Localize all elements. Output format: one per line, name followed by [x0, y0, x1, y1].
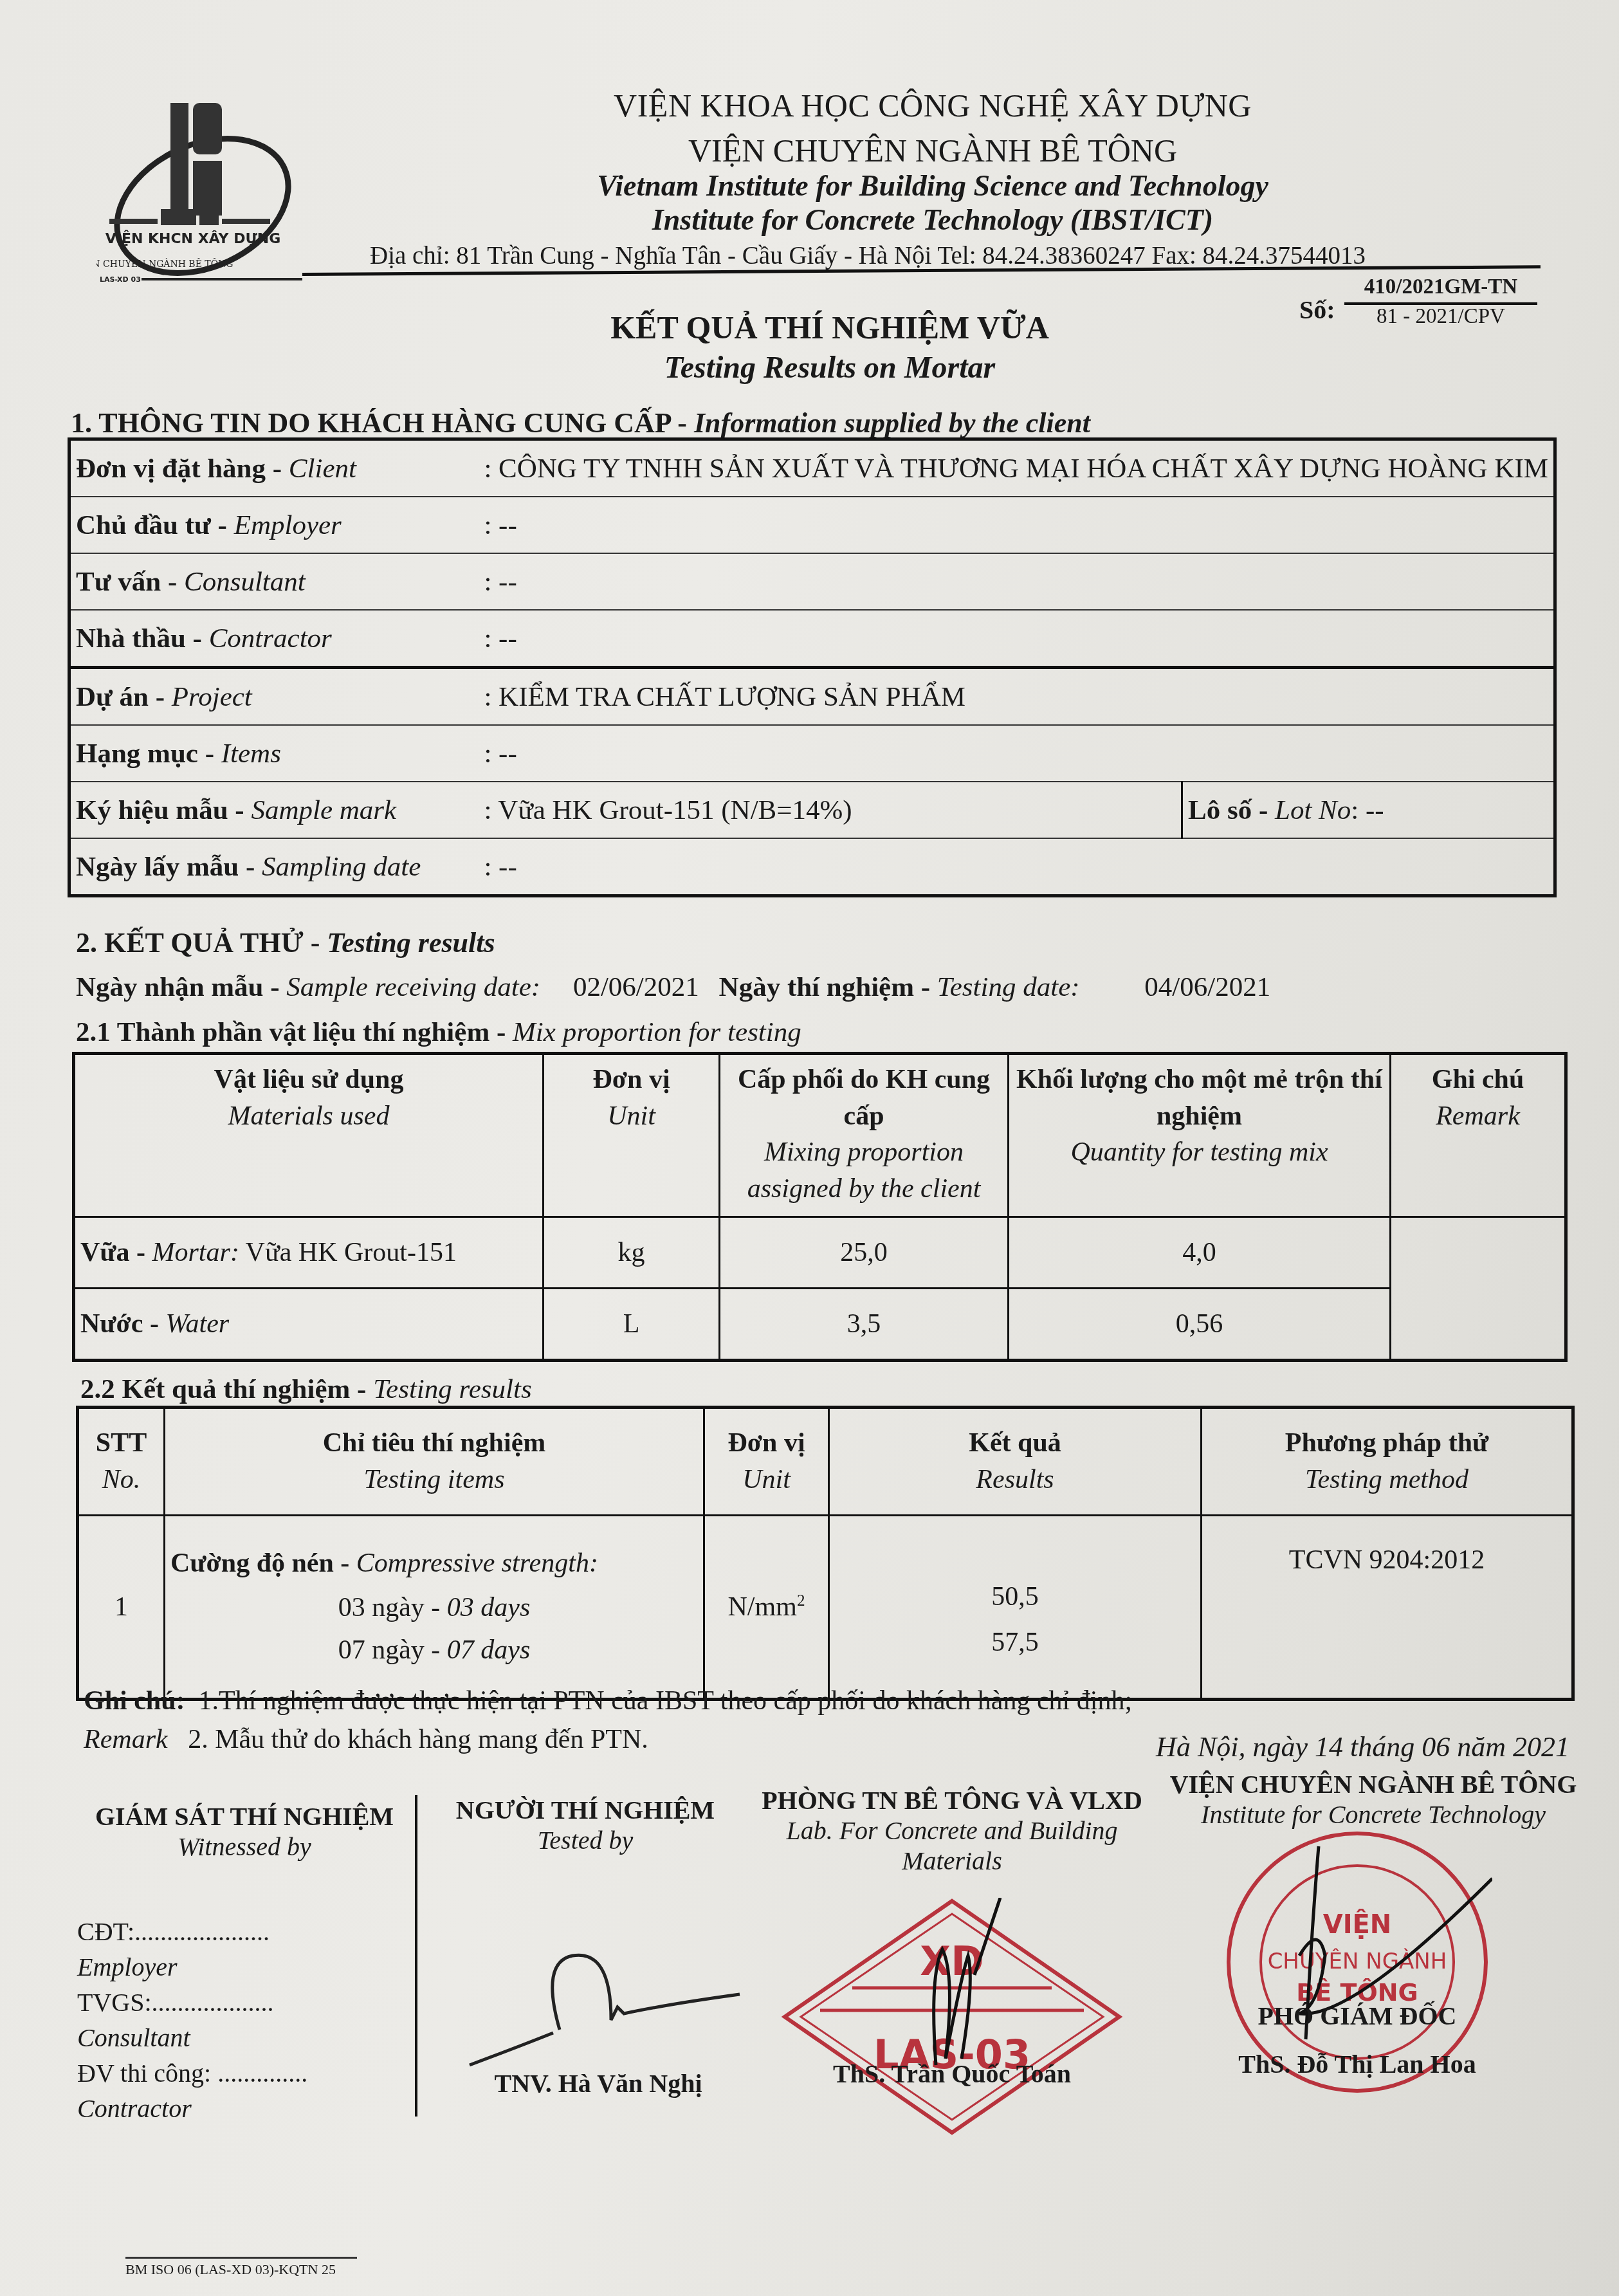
- client-row: Đơn vị đặt hàng - Client : CÔNG TY TNHH …: [69, 439, 1555, 497]
- col-results: Kết quảResults: [829, 1408, 1202, 1516]
- org-name-vi-1: VIỆN KHOA HỌC CÔNG NGHỆ XÂY DỰNG: [482, 87, 1383, 124]
- section2-heading: 2. KẾT QUẢ THỬ - Testing results: [76, 926, 495, 959]
- sampling-date-row: Ngày lấy mẫu - Sampling date : --: [69, 838, 1555, 896]
- test-method: TCVN 9204:2012: [1202, 1516, 1573, 1700]
- project-value: : KIỂM TRA CHẤT LƯỢNG SẢN PHẨM: [479, 668, 1555, 726]
- testing-results-table: STTNo. Chỉ tiêu thí nghiệmTesting items …: [76, 1406, 1575, 1701]
- place-date: Hà Nội, ngày 14 tháng 06 năm 2021: [1061, 1731, 1569, 1763]
- client-info-table: Đơn vị đặt hàng - Client : CÔNG TY TNHH …: [68, 437, 1557, 897]
- form-code: BM ISO 06 (LAS-XD 03)-KQTN 25: [125, 2261, 336, 2278]
- col-quantity: Khối lượng cho một mẻ trộn thí nghiệmQua…: [1009, 1054, 1391, 1217]
- footer-rule: [125, 2257, 357, 2259]
- items-value: : --: [479, 725, 1555, 782]
- svg-text:CHUYÊN NGÀNH: CHUYÊN NGÀNH: [1268, 1948, 1447, 1974]
- notes: Ghi chú: 1.Thí nghiệm được thực hiện tại…: [84, 1685, 1132, 1716]
- svg-text:VIỆN CHUYÊN NGÀNH BÊ TÔNG: VIỆN CHUYÊN NGÀNH BÊ TÔNG: [96, 258, 233, 270]
- lab-stamp-icon: XD LAS-03: [782, 1898, 1122, 2139]
- lab-block: PHÒNG TN BÊ TÔNG VÀ VLXD Lab. For Concre…: [753, 1785, 1151, 1876]
- results-heading: 2.2 Kết quả thí nghiệm - Testing results: [80, 1373, 532, 1405]
- consultant-value: : --: [479, 553, 1555, 610]
- institute-block: VIỆN CHUYÊN NGÀNH BÊ TÔNG Institute for …: [1164, 1769, 1582, 1830]
- result-7-days: 57,5: [835, 1624, 1195, 1661]
- consultant-row: Tư vấn - Consultant : --: [69, 553, 1555, 610]
- institute-position: PHÓ GIÁM ĐỐC: [1209, 2001, 1505, 2031]
- dates-line: Ngày nhận mẫu - Sample receiving date: 0…: [76, 971, 1270, 1003]
- address-line: Địa chỉ: 81 Trần Cung - Nghĩa Tân - Cầu …: [370, 241, 1366, 270]
- col-no: STTNo.: [78, 1408, 165, 1516]
- employer-row: Chủ đầu tư - Employer : --: [69, 497, 1555, 553]
- witness-block: GIÁM SÁT THÍ NGHIỆM Witnessed by: [84, 1801, 405, 1862]
- org-name-vi-2: VIỆN CHUYÊN NGÀNH BÊ TÔNG: [482, 132, 1383, 169]
- ibst-logo-icon: VIỆN KHCN XÂY DỰNG VIỆN CHUYÊN NGÀNH BÊ …: [96, 96, 302, 289]
- witness-lines: CĐT:..................... Employer TVGS:…: [77, 1914, 307, 2126]
- svg-text:LAS-XD 03: LAS-XD 03: [100, 275, 141, 284]
- doc-number-bottom: 81 - 2021/CPV: [1351, 305, 1531, 329]
- svg-text:VIỆN KHCN XÂY DỰNG: VIỆN KHCN XÂY DỰNG: [105, 230, 281, 247]
- col-unit: Đơn vịUnit: [704, 1408, 829, 1516]
- notes-2: Remark 2. Mẫu thử do khách hàng mang đến…: [84, 1724, 648, 1755]
- contractor-value: : --: [479, 610, 1555, 668]
- sample-mark-row: Ký hiệu mẫu - Sample mark : Vữa HK Grout…: [69, 782, 1555, 838]
- sampling-date-value: : --: [479, 838, 1555, 896]
- col-materials: Vật liệu sử dụngMaterials used: [74, 1054, 544, 1217]
- receiving-date: 02/06/2021: [573, 972, 699, 1002]
- svg-text:VIỆN: VIỆN: [1323, 1909, 1392, 1940]
- tester-signature-icon: [463, 1949, 746, 2081]
- col-proportion: Cấp phối do KH cung cấpMixing proportion…: [720, 1054, 1009, 1217]
- contractor-row: Nhà thầu - Contractor : --: [69, 610, 1555, 668]
- table-row: Nước - Water L 3,5 0,56: [74, 1289, 1566, 1361]
- document-title: KẾT QUẢ THÍ NGHIỆM VỮA: [450, 309, 1209, 346]
- signature-divider: [415, 1795, 417, 2117]
- mix-proportion-table: Vật liệu sử dụngMaterials used Đơn vịUni…: [72, 1052, 1568, 1362]
- col-unit: Đơn vịUnit: [544, 1054, 720, 1217]
- document-subtitle: Testing Results on Mortar: [450, 350, 1209, 385]
- col-remark: Ghi chúRemark: [1391, 1054, 1566, 1217]
- org-name-en-1: Vietnam Institute for Building Science a…: [482, 169, 1383, 203]
- items-row: Hạng mục - Items : --: [69, 725, 1555, 782]
- doc-number-top: 410/2021GM-TN: [1351, 275, 1531, 299]
- table-row: Vữa - Mortar: Vữa HK Grout-151 kg 25,0 4…: [74, 1217, 1566, 1289]
- lab-head-name: ThS. Trần Quốc Toán: [798, 2059, 1106, 2089]
- section1-heading: 1. THÔNG TIN DO KHÁCH HÀNG CUNG CẤP - In…: [71, 407, 1090, 439]
- svg-text:XD: XD: [920, 1938, 983, 1985]
- tester-block: NGƯỜI THÍ NGHIỆM Tested by: [437, 1795, 733, 1855]
- table-row: 1 Cường độ nén - Compressive strength: 0…: [78, 1516, 1573, 1700]
- col-items: Chỉ tiêu thí nghiệmTesting items: [165, 1408, 704, 1516]
- employer-value: : --: [479, 497, 1555, 553]
- testing-date: 04/06/2021: [1144, 972, 1270, 1002]
- client-value: : CÔNG TY TNHH SẢN XUẤT VÀ THƯƠNG MẠI HÓ…: [479, 439, 1555, 497]
- doc-number-label: Số:: [1299, 295, 1335, 325]
- lot-number: Lô số - Lot No: --: [1182, 782, 1555, 838]
- mix-heading: 2.1 Thành phần vật liệu thí nghiệm - Mix…: [76, 1016, 801, 1048]
- sample-mark-value: : Vữa HK Grout-151 (N/B=14%): [479, 782, 1182, 838]
- col-method: Phương pháp thửTesting method: [1202, 1408, 1573, 1516]
- result-3-days: 50,5: [835, 1579, 1195, 1615]
- document-page: VIỆN KHCN XÂY DỰNG VIỆN CHUYÊN NGÀNH BÊ …: [0, 0, 1619, 2296]
- project-row: Dự án - Project : KIỂM TRA CHẤT LƯỢNG SẢ…: [69, 668, 1555, 726]
- org-name-en-2: Institute for Concrete Technology (IBST/…: [482, 203, 1383, 237]
- tester-name: TNV. Hà Văn Nghị: [450, 2068, 746, 2099]
- institute-head-name: ThS. Đỗ Thị Lan Hoa: [1190, 2049, 1524, 2079]
